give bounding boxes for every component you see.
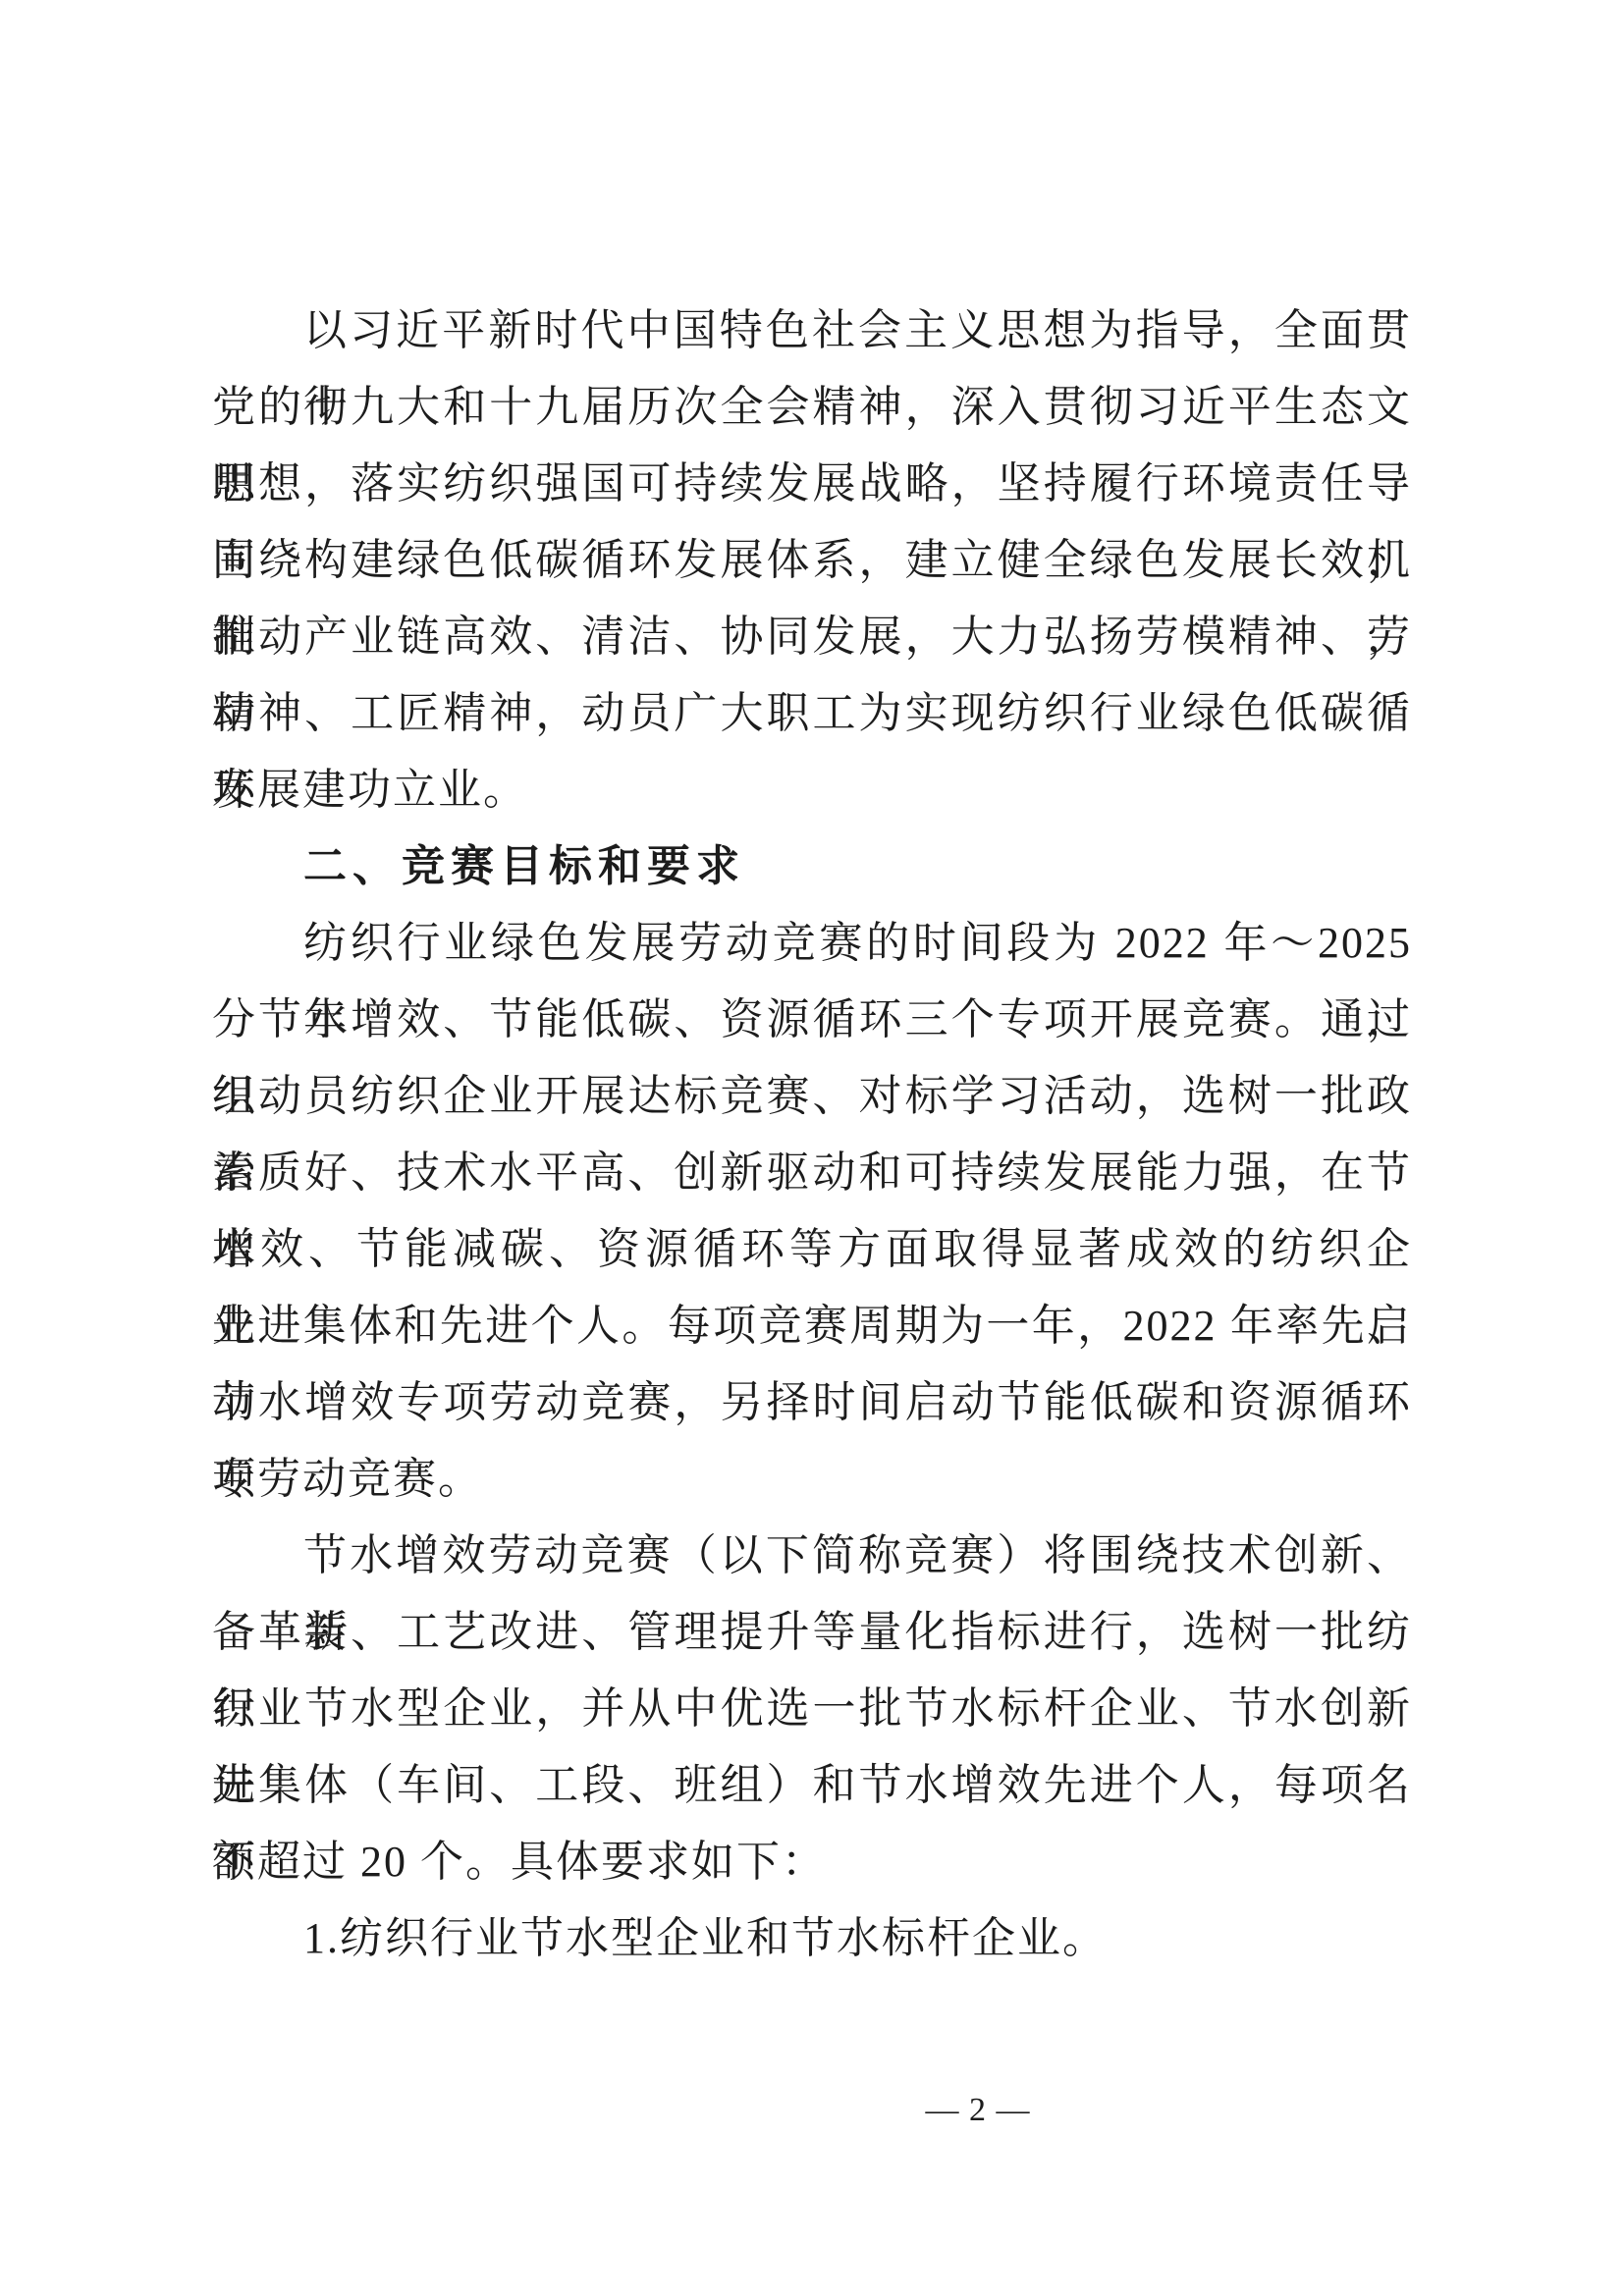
text-line: 备革新、工艺改进、管理提升等量化指标进行，选树一批纺织	[212, 1594, 1412, 1671]
text-line: 精神、工匠精神，动员广大职工为实现纺织行业绿色低碳循环	[212, 675, 1412, 752]
text-line: 先进集体和先进个人。每项竞赛周期为一年，2022 年率先启动	[212, 1288, 1412, 1364]
text-line: 发展建功立业。	[212, 752, 1412, 828]
section-heading: 二、竞赛目标和要求	[212, 828, 1412, 905]
text-line: 党的十九大和十九届历次全会精神，深入贯彻习近平生态文明	[212, 369, 1412, 446]
text-line: 节水增效专项劳动竞赛，另择时间启动节能低碳和资源循环专	[212, 1364, 1412, 1441]
text-line: 围绕构建绿色低碳循环发展体系，建立健全绿色发展长效机制，	[212, 522, 1412, 599]
text-line: 织动员纺织企业开展达标竞赛、对标学习活动，选树一批政治	[212, 1058, 1412, 1135]
numbered-item-line: 1.纺织行业节水型企业和节水标杆企业。	[212, 1900, 1412, 1977]
text-line: 增效、节能减碳、资源循环等方面取得显著成效的纺织企业、	[212, 1211, 1412, 1288]
text-line: 以习近平新时代中国特色社会主义思想为指导，全面贯彻	[212, 293, 1412, 369]
text-line: 素质好、技术水平高、创新驱动和可持续发展能力强，在节水	[212, 1135, 1412, 1211]
page-number: — 2 —	[919, 2091, 1037, 2130]
text-line: 项劳动竞赛。	[212, 1441, 1412, 1518]
text-line: 纺织行业绿色发展劳动竞赛的时间段为 2022 年～2025 年，	[212, 905, 1412, 982]
text-line: 推动产业链高效、清洁、协同发展，大力弘扬劳模精神、劳动	[212, 599, 1412, 675]
text-line: 节水增效劳动竞赛（以下简称竞赛）将围绕技术创新、装	[212, 1518, 1412, 1594]
text-line: 分节水增效、节能低碳、资源循环三个专项开展竞赛。通过组	[212, 982, 1412, 1058]
text-line: 行业节水型企业，并从中优选一批节水标杆企业、节水创新先	[212, 1671, 1412, 1747]
text-line: 不超过 20 个。具体要求如下：	[212, 1824, 1412, 1900]
text-line: 进集体（车间、工段、班组）和节水增效先进个人，每项名额	[212, 1747, 1412, 1824]
document-page: 以习近平新时代中国特色社会主义思想为指导，全面贯彻 党的十九大和十九届历次全会精…	[0, 0, 1624, 2296]
document-body: 以习近平新时代中国特色社会主义思想为指导，全面贯彻 党的十九大和十九届历次全会精…	[212, 293, 1412, 1977]
text-line: 思想，落实纺织强国可持续发展战略，坚持履行环境责任导向，	[212, 446, 1412, 522]
